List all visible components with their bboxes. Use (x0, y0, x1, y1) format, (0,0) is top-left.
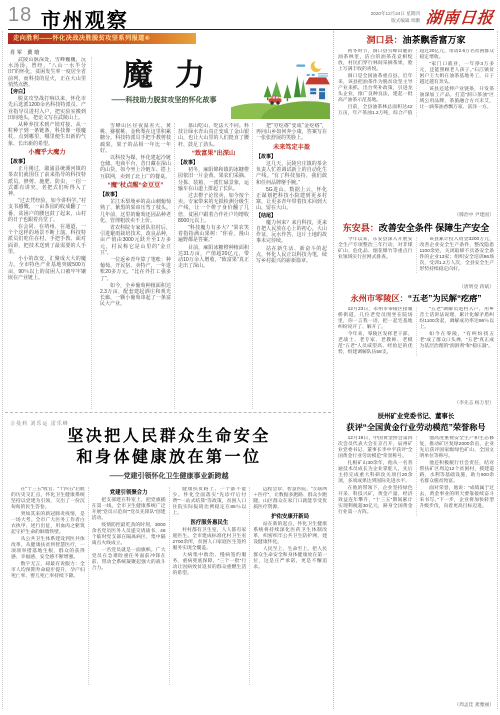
sub-headline: 医疗服务惠民生 (173, 520, 247, 526)
date-line: 2020年12月24日 星期四 (371, 11, 420, 18)
article-column-4: 把“穷疙瘩”变成“金疙瘩”，再问山乡如何奔小康，答案写在一张张舒展的笑脸上。未来… (252, 123, 330, 409)
article-column-2: 雪峰山区昼夜温差大，黄桃、猕猴桃、金秋梨在这里积累糖分。科技特派员手把手教剪枝疏… (97, 123, 174, 409)
body-paragraph: 突如其来的新冠肺炎疫情，是一场大考。全市广大医务工作者白衣执甲、逆行出征，用血肉… (11, 512, 85, 536)
horizontal-dashed-divider (5, 412, 331, 413)
body-paragraph: 在会同、在靖州、在通道，一个个这样的场景不断上演。科技特派员们吃住在村，手把手教… (8, 224, 86, 255)
headline-text: 油茶飘香富万家 (403, 35, 466, 45)
body-paragraph: 12月23日，永州市零陵区接履桥街道，几位老党员围坐在院场里，你一言我一语，把一… (338, 307, 413, 331)
health-subtitle: ——党建引领怀化卫生健康事业新跨越 (8, 471, 330, 481)
county-prefix: 洞口县： (366, 35, 402, 45)
body-paragraph: 扎根矿山30余年，他从一名普通技术员成长为企业掌舵人，先后主持完成重大科研攻关项… (338, 461, 413, 485)
body-paragraph: 一名党员就是一面旗帜。广大党员在急难险重任务面前冲锋在前，带动全系统凝聚起强大的… (92, 548, 166, 572)
body-paragraph: “五老”调解员进村入户，用乡音土话讲法说理，累计化解矛盾纠纷1100余起，调解成… (420, 307, 495, 331)
health-headline-line1: 坚决把人民群众生命安全 (8, 426, 330, 447)
article-title: 魔力 (97, 59, 231, 93)
body-paragraph: 魔力何来？来自科技，更来自把人民放在心上的初心。大山作证，沅水作答，这片土地的故… (256, 220, 327, 245)
body-paragraph: 面对荣誉，他说：“成绩属于过去，黄金事业的明天要靠接续奋斗来书写。”下一步，企业… (420, 486, 495, 510)
body-paragraph: 省农科院专家团队驻村后，引进避雨栽培技术，改良品种，亩产值由3000元跃升至1万… (100, 225, 171, 256)
attribution: （唐明登 蒋斌） (455, 285, 494, 291)
rail-headline: 东安县：改善安全条件 保障生产安全 (338, 221, 494, 234)
body-paragraph: 该县还延伸产业链条，开发茶油深加工产品，打造“洞口茶油”区域公用品牌，茶旅融合方… (420, 87, 495, 111)
body-paragraph: 正月刚过，溆浦县统溪河镇的茶农们就围住了前来指导的科技特派员。修剪、施肥、防虫，… (8, 166, 86, 197)
body-paragraph: 他还积极履行社会责任，结对帮扶矿区周边12个贫困村，援建道路、水利等基础设施，助… (420, 461, 495, 485)
sub-headline: 党建引领聚合力 (92, 490, 166, 496)
article-body: 武陵山脉深处，雪峰巍巍，沅水汤汤。曾经，“八山一水半分田”的怀化，贫困发生率一度… (8, 57, 330, 409)
body-paragraph: 今年来，零陵区发挥老干部、老战士、老专家、老教师、老模范“五老”人员威望高、经验… (338, 332, 413, 356)
body-paragraph: 一位返乡青年算了笔账：种葡萄、开民宿、卖特产，一年进账20多万元，“比在外打工强… (100, 257, 171, 282)
rail-story-dongkou: 洞口县：油茶飘香富万家 初冬时节，洞口县雪峰山麓的油茶林里，洁白的油茶花竞相绽放… (338, 31, 494, 219)
body-paragraph: 疫情防控最吃劲的时刻，3000余名党员医务人员递交请战书，46个临时党支部在隔离… (92, 523, 166, 547)
feature-article-magic: 走向胜利——怀化决战决胜脱贫攻坚系列报道⑥ 肖军 黄晗 武陵山脉深处，雪峰巍巍，… (8, 31, 330, 409)
body-paragraph: 这几天，沅陵官庄镇的茶企负责人忙着调试新上的自动化生产线。“有了科技加持，我们敢… (256, 161, 327, 186)
section-tag: 【故事】 (256, 154, 327, 160)
body-paragraph: 站在新的起点，怀化卫生健康系统将持续深化医药卫生体制改革，织密织牢公共卫生防护网… (253, 522, 327, 546)
rail-story-lingling: 永州市零陵区：“五老”为民解“疙瘩” 12月23日，永州市零陵区接履桥街道，几位… (338, 291, 494, 407)
health-byline: 佘曼莉 刘乐运 雷乐峰 (10, 420, 69, 427)
article-right-area: 魔力 ——科技助力脱贫攻坚的怀化故事 (91, 57, 330, 409)
rail-story-chenzhou-mining: 辰州矿业党委书记、董事长 获评“全国黄金行业劳动模范”荣誉称号 12月19日，中… (338, 407, 494, 709)
body-paragraph: 大病集中救治、慢病签约服务、重病兜底保障，“三个一批”行动让因病致贫返贫的群众重… (173, 553, 247, 577)
sub-headline: 护佑安康开新局 (253, 514, 327, 520)
rail-headline: 洞口县：油茶飘香富万家 (338, 33, 494, 46)
health-headline: 坚决把人民群众生命安全 和身体健康放在第一位 (8, 426, 330, 468)
health-column-3: 健康扶贫路上，一个都不能少。怀化全面落实“先诊疗后付费”“一站式结算”等政策，贫… (169, 487, 250, 685)
center-column-rule (333, 31, 334, 709)
section-title: 市州观察 (41, 10, 129, 32)
body-paragraph: 芷江禾梨坳乡的高山刺葡萄熟了，紫黑的果串压弯了枝头。几年前，这里的葡萄还因品种老… (100, 199, 171, 224)
article-column-3: 靠山吃山，吃法大不同。科技让绿水青山真正变成了金山银山，也让大山里的人们挺直了腰… (174, 123, 252, 409)
body-paragraph: 脱贫攻坚战打响以来，怀化市先后选派1200余名科技特派员、产业指导员进村入户，把… (8, 96, 86, 121)
rail-body: 今年以来，东安县深入开展安全生产专项整治三年行动，对非煤矿山、危化品、烟花爆竹等… (338, 237, 494, 291)
date-block: 2020年12月24日 星期四 版式编辑 周鹏 (371, 11, 420, 25)
body-paragraph: 初冬时节，洞口县雪峰山麓的油茶林里，洁白的油茶花竞相绽放，村民们穿行林间采摘茶果… (338, 49, 413, 73)
article-columns-2-4: 雪峰山区昼夜温差大，黄桃、猕猴桃、金秋梨在这里积累糖分。科技特派员手把手教剪枝疏… (97, 123, 330, 409)
section-tag: 【旁白】 (8, 89, 86, 95)
village-scene-graphic (231, 57, 330, 119)
feature-article-health: 佘曼莉 刘乐运 雷乐峰 坚决把人民群众生命安全 和身体健康放在第一位 ——党建引… (8, 417, 330, 709)
body-paragraph: 从公共卫生体系建设到医共体改革，从健康扶贫到智慧医疗，一项项举措落地生根，群众的… (11, 537, 85, 561)
attribution: （滕治中 尹建国） (450, 213, 494, 219)
body-paragraph: 村村都有卫生室，人人都有家庭医生。全市建成标准化村卫生室2700余所，贫困人口家… (173, 528, 247, 552)
county-prefix: 永州市零陵区： (350, 294, 407, 303)
left-margin-rule (2, 31, 3, 709)
page-header: 18 市州观察 2020年12月24日 星期四 版式编辑 周鹏 湖南日报 (8, 4, 494, 30)
scenery-illustration (231, 57, 330, 119)
body-paragraph: 12月19日，中国黄金协会第四次会员代表大会在京召开，辰州矿业党委书记、董事长李… (338, 436, 413, 460)
body-paragraph: 5G进山、数据上云，怀化正谋划把科技小院建到更多村寨，让更多青年带着技术回到大山… (256, 187, 327, 212)
rail-story-dongan: 东安县：改善安全条件 保障生产安全 今年以来，东安县深入开展安全生产专项整治三年… (338, 219, 494, 291)
right-rail: 洞口县：油茶飘香富万家 初冬时节，洞口县雪峰山麓的油茶林里，洁白的油茶花竞相绽放… (338, 31, 494, 709)
body-paragraph: 他高度重视安全生产和生态修复，推动矿区复绿2000余亩，企业先后获评国家级绿色矿… (420, 436, 495, 460)
right-margin-rule (497, 31, 498, 709)
body-paragraph: 小小的改变，汇聚成大大的魔力。全市特色产业基地突破500万亩，90％以上的贫困人… (8, 256, 86, 281)
headline-text: “五老”为民解“疙瘩” (408, 294, 482, 303)
newspaper-page: 18 市州观察 2020年12月24日 星期四 版式编辑 周鹏 湖南日报 走向胜… (0, 0, 500, 715)
attribution: （周孟佳 龚雅丽） (450, 703, 494, 709)
body-paragraph: 洞口是全国油茶重点县。近年来，该县把油茶作为脱贫攻坚主导产业来抓，出台奖补政策，… (338, 74, 413, 104)
body-paragraph: 健康扶贫路上，一个都不能少。怀化全面落实“先诊疗后付费”“一站式结算”等政策，贫… (173, 487, 247, 517)
body-paragraph: 数字无言，却最有说服力：全市人均预期寿命稳步提升，孕产妇死亡率、婴儿死亡率持续下… (11, 562, 85, 580)
health-column-1: 在“十三五”收官、“十四五”启航的历史交汇点，怀化卫生健康系统坚持以党建为引领，… (8, 487, 88, 685)
health-columns: 在“十三五”收官、“十四五”启航的历史交汇点，怀化卫生健康系统坚持以党建为引领，… (8, 487, 330, 685)
rail-body: 初冬时节，洞口县雪峰山麓的油茶林里，洁白的油茶花竞相绽放，村民们穿行林间采摘茶果… (338, 49, 494, 219)
sub-headline: 小魔乎大魔力 (8, 150, 86, 156)
rail-body: 12月19日，中国黄金协会第四次会员代表大会在京召开，辰州矿业党委书记、董事长李… (338, 436, 494, 709)
body-paragraph: 人民至上、生命至上。把人民群众生命安全和身体健康放在第一位，这是庄严承诺，更是不… (253, 547, 327, 571)
body-paragraph: 初冬，麻阳锦和镇的冰糖橙园依旧一片金黄。果农们采摘、分拣、装箱，一派忙碌景象，运… (178, 167, 249, 192)
sub-headline: 未来笃定丰盈 (256, 145, 327, 151)
health-headline-line2: 和身体健康放在第一位 (8, 447, 330, 468)
body-paragraph: 从种养技术到产销对接，从一粒种子到一条链条，科技像一根魔杖，点到哪里，哪里便生出… (8, 122, 86, 147)
body-paragraph: 如今，全乡葡萄种植面积达2.3万亩，配套建起酒庄和观光长廊，一颗小葡萄串起了一条… (100, 283, 171, 308)
body-paragraph: 以科技为媒，怀化建起冷链仓储、电商平台，昔日藏在深山的山货，如今坐上冷链车、搭上… (100, 155, 171, 180)
body-paragraph: 武陵山脉深处，雪峰巍巍，沅水汤汤。曾经，“八山一水半分田”的怀化，贫困发生率一度… (8, 57, 86, 88)
body-paragraph: 该县累计投入资金3200万元，改善企业安全生产条件，整改隐患1100余处，关闭取… (420, 237, 495, 273)
body-paragraph: “家门口就业，一年挣3万多元，还能照顾老人孩子。”石江镇贫困户王大姐在油茶基地务… (420, 62, 495, 86)
headline-kicker: 辰州矿业党委书记、董事长 (338, 411, 494, 420)
health-column-4: 远程会诊、智慧医院、“互联网＋医疗”，让数据多跑路、群众少跑腿，山区群众在家门口… (249, 487, 330, 685)
editor-line: 版式编辑 周鹏 (371, 18, 420, 25)
section-tag: 【故事】 (100, 192, 171, 198)
body-paragraph: “过去凭经验，如今讲科学。”村支书感慨，一亩茶园的收成翻了一番，贫困户的腰包鼓了… (8, 198, 86, 223)
body-paragraph: 远程会诊、智慧医院、“互联网＋医疗”，让数据多跑路、群众少跑腿，山区群众在家门口… (253, 487, 327, 511)
body-paragraph: 在“十三五”收官、“十四五”启航的历史交汇点，怀化卫生健康系统坚持以党建为引领，… (11, 487, 85, 511)
page-number: 18 (8, 4, 32, 26)
article-byline: 肖军 黄晗 (10, 49, 41, 56)
body-paragraph: 今年以来，东安县深入开展安全生产专项整治三年行动，对非煤矿山、危化品、烟花爆竹等… (338, 237, 413, 261)
rail-body: 12月23日，永州市零陵区接履桥街道，几位老党员围坐在院场里，你一言我一语，把一… (338, 307, 494, 407)
county-prefix: 东安县： (343, 223, 379, 233)
body-paragraph: 靠山吃山，吃法大不同。科技让绿水青山真正变成了金山银山，也让大山里的人们挺直了腰… (178, 123, 249, 148)
article-title-row: 魔力 ——科技助力脱贫攻坚的怀化故事 (97, 57, 330, 123)
article-subtitle: ——科技助力脱贫攻坚的怀化故事 (97, 95, 231, 105)
body-paragraph: 站在新生活、新奋斗的起点，怀化人民正以科技为笔，续写乡村振兴的崭新篇章。 (256, 246, 327, 265)
sub-headline: “魔”杖点醒“金豆豆” (100, 183, 171, 189)
body-paragraph: “科技魔力有多大？”果农笑着指指满山果树：“你看，漫山遍野都是答案。” (178, 225, 249, 244)
body-paragraph: 过去橙子论筐卖，如今按个卖。专家带来的无损检测分级生产线，让一个橙子身价翻了几倍… (178, 193, 249, 224)
rail-headline: 永州市零陵区：“五老”为民解“疙瘩” (338, 293, 494, 304)
attribution: （李先志 杨万里） (450, 401, 494, 407)
health-column-2: 党建引领聚合力把支部建在科室上，把党旗插在第一线。全市卫生健康系统广泛开展“党员… (88, 487, 169, 685)
body-paragraph: 把支部建在科室上，把党旗插在第一线。全市卫生健康系统广泛开展“党员示范岗”“党员… (92, 498, 166, 522)
body-paragraph: 如今在零陵，“有纠纷找五老”成了群众口头禅，“五老”真正成为基层治理的“润滑剂”… (420, 332, 495, 350)
body-paragraph: 在他的带领下，企业坚持绿色开采、科技兴矿，黄金产量、经济效益连年攀升，“十三五”… (338, 486, 413, 516)
rail-headline: 获评“全国黄金行业劳动模范”荣誉称号 (338, 422, 494, 433)
article-column-1: 武陵山脉深处，雪峰巍巍，沅水汤汤。曾经，“八山一水半分田”的怀化，贫困发生率一度… (8, 57, 86, 409)
body-paragraph: 目前，麻阳冰糖橙种植面积达31万亩，产值超20亿元，带动10万余人增收，“致富果… (178, 245, 249, 270)
sub-headline: “致富果”出深山 (178, 151, 249, 157)
series-banner: 走向胜利——怀化决战决胜脱贫攻坚系列报道⑥ (8, 33, 196, 44)
section-tag: 【故事】 (8, 159, 86, 165)
section-tag: 【结尾】 (256, 213, 327, 219)
body-paragraph: 把“穷疙瘩”变成“金疙瘩”，再问山乡如何奔小康，答案写在一张张舒展的笑脸上。 (256, 123, 327, 142)
body-paragraph: 雪峰山区昼夜温差大，黄桃、猕猴桃、金秋梨在这里积累糖分。科技特派员手把手教剪枝疏… (100, 123, 171, 154)
headline-text: 改善安全条件 保障生产安全 (379, 223, 490, 233)
section-tag: 【故事】 (178, 160, 249, 166)
article-title-block: 魔力 ——科技助力脱贫攻坚的怀化故事 (97, 57, 231, 123)
masthead-logo: 湖南日报 (425, 5, 495, 28)
